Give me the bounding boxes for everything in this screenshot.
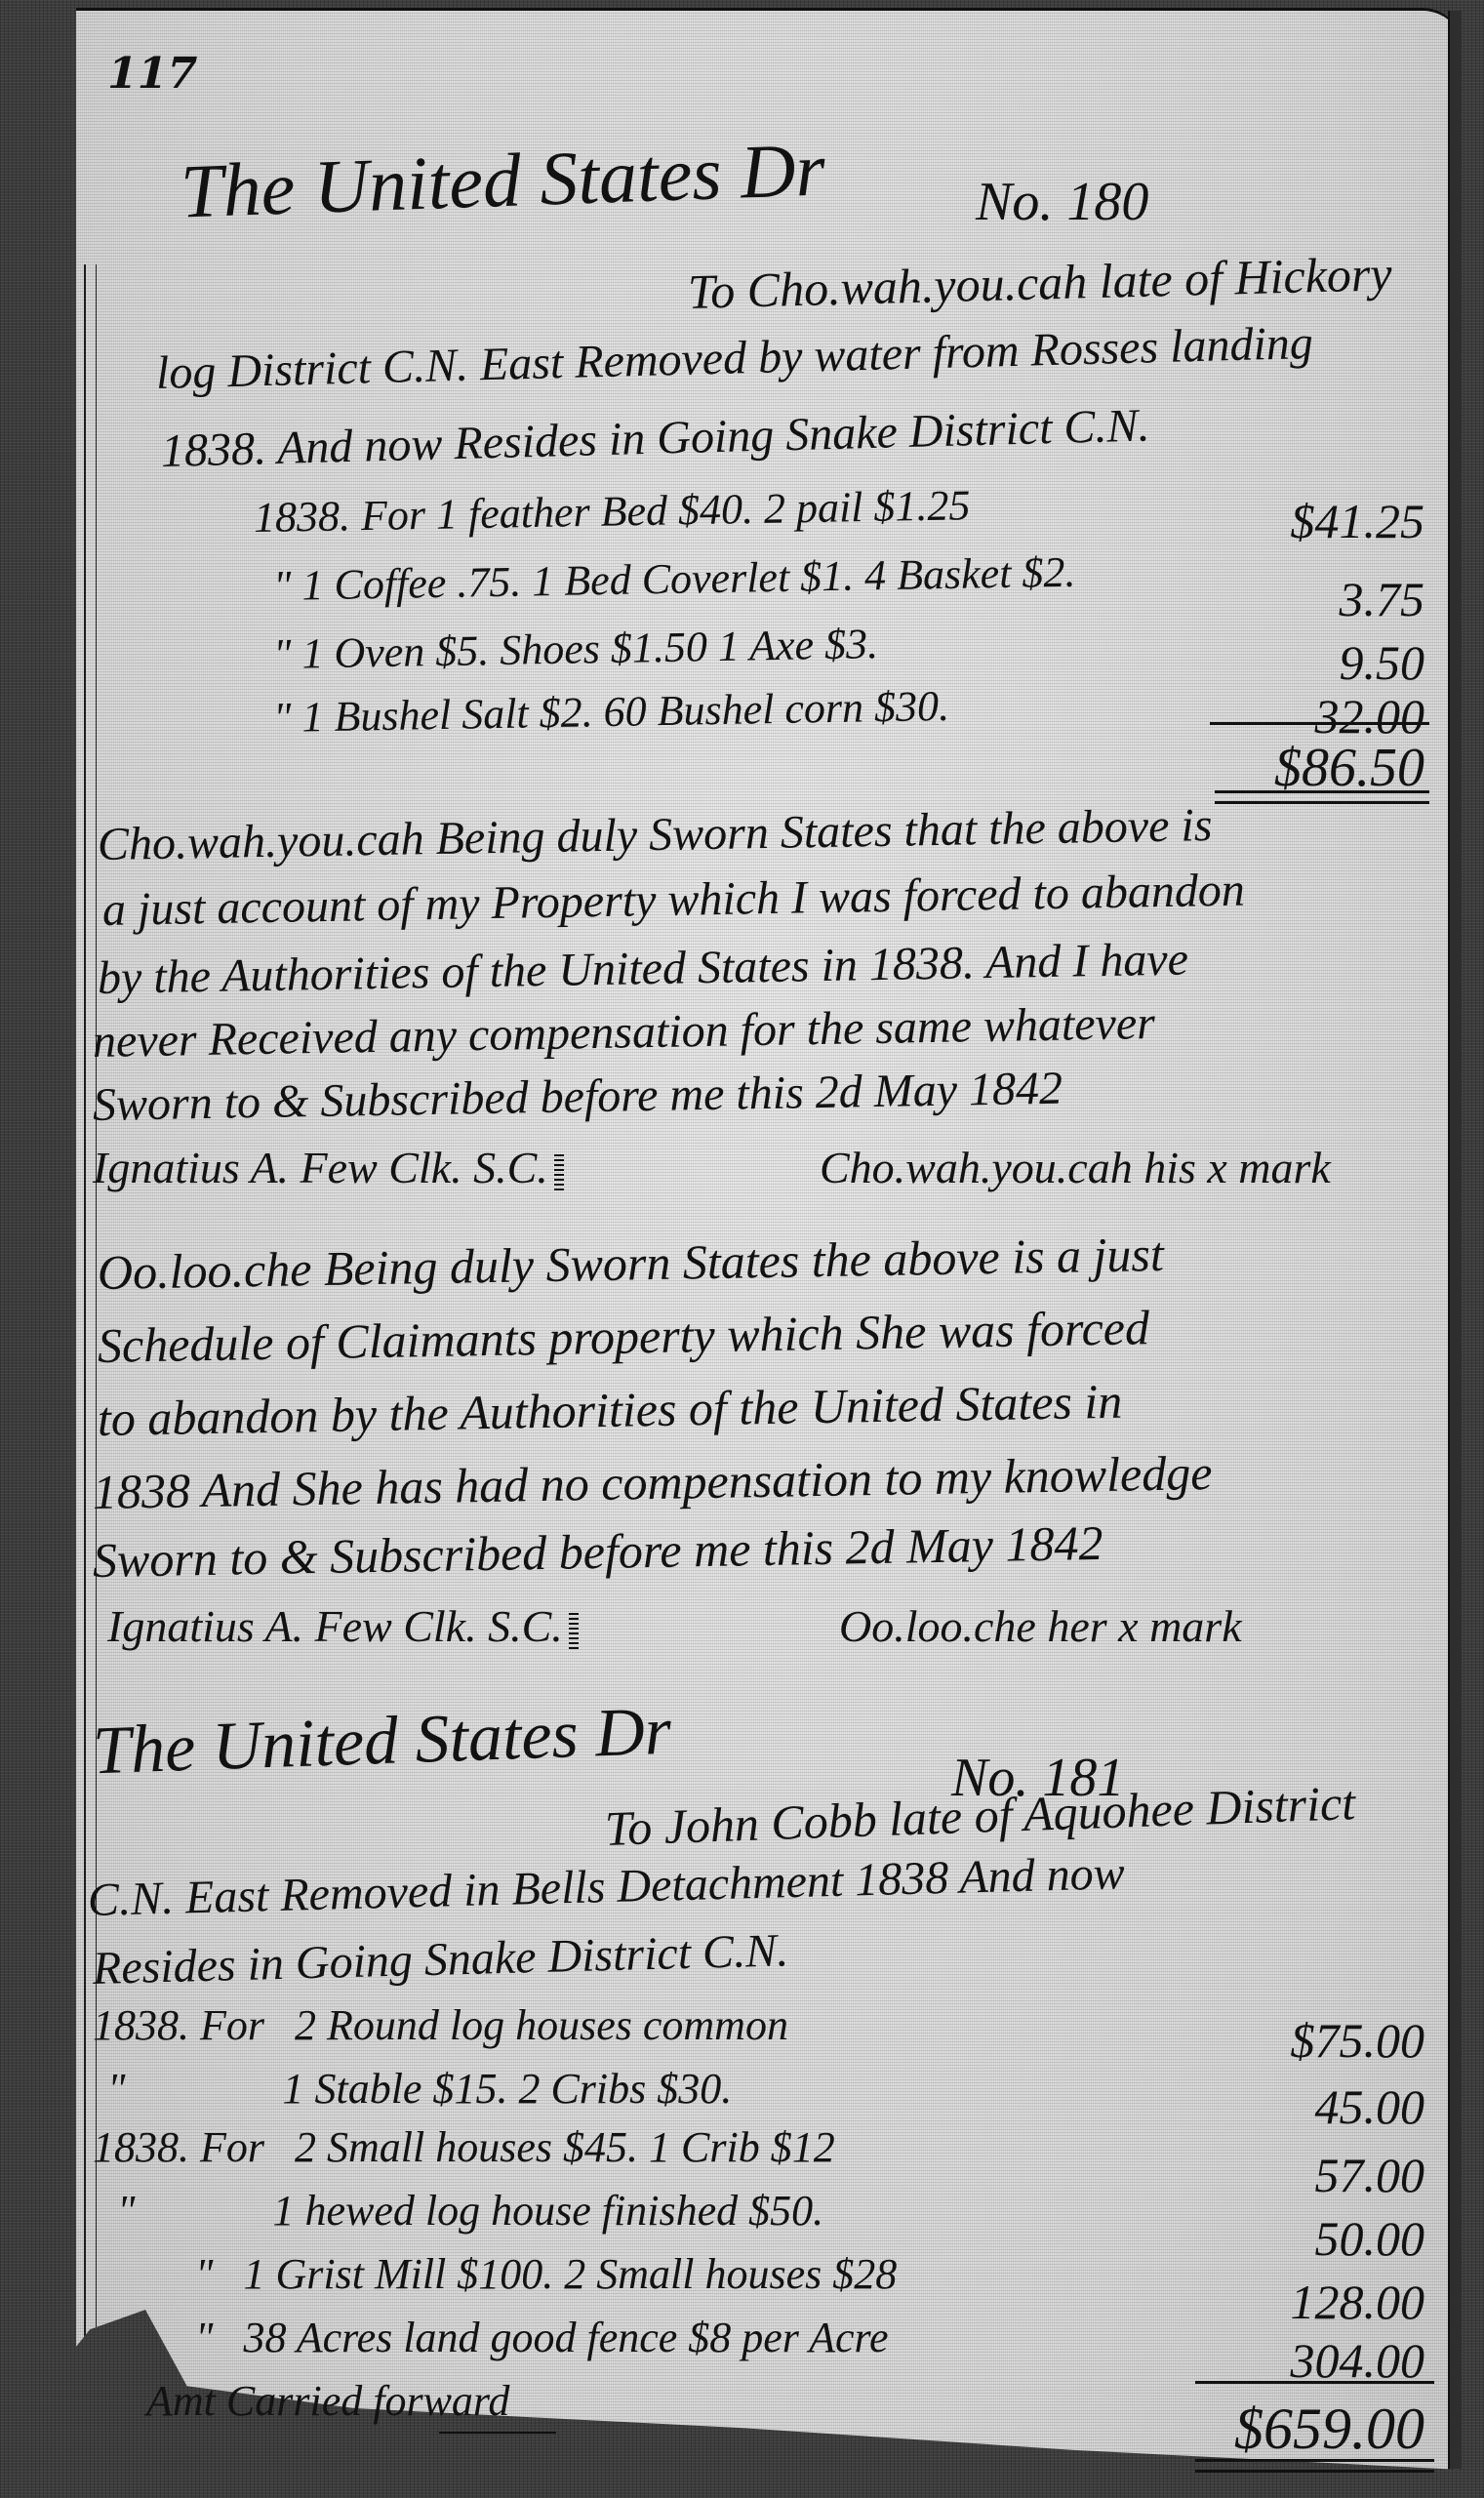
item-prefix: 1838. For [254,491,426,542]
item-amount: 128.00 [1190,2274,1424,2330]
item-line: " 1 Oven $5. Shoes $1.50 1 Axe $3. [273,619,879,679]
item-line: " 1 Grist Mill $100. 2 Small houses $28 [107,2249,897,2299]
item-prefix: 1838. For [93,2001,264,2049]
item-text: 1 Stable $15. 2 Cribs $30. [282,2065,732,2113]
item-line: 1838. For 2 Small houses $45. 1 Crib $12 [93,2122,835,2172]
item-prefix: " [273,630,292,678]
clerk-signature-text: Ignatius A. Few Clk. S.C. [93,1143,548,1192]
item-amount: 45.00 [1190,2078,1424,2135]
sum-rule [1210,722,1429,725]
item-amount: 3.75 [1190,571,1424,627]
item-text: 1 feather Bed $40. 2 pail $1.25 [436,481,971,539]
page-edge [1448,11,1462,2470]
margin-rule [84,264,86,2392]
claim-total: $659.00 [1190,2396,1424,2463]
item-text: 2 Small houses $45. 1 Crib $12 [295,2123,835,2171]
item-text: 1 Oven $5. Shoes $1.50 1 Axe $3. [301,620,878,677]
item-line: " 1 hewed log house finished $50. [117,2186,823,2236]
total-double-rule [1195,2459,1434,2473]
item-prefix: " [273,562,292,610]
item-amount: 57.00 [1190,2147,1424,2203]
seal-mark-icon [554,1153,564,1190]
clerk-signature: Ignatius A. Few Clk. S.C. [107,1600,584,1652]
item-line: " 38 Acres land good fence $8 per Acre [107,2313,889,2362]
item-line: " 1 Stable $15. 2 Cribs $30. [107,2064,732,2114]
item-text: 1 Bushel Salt $2. 60 Bushel corn $30. [301,682,949,742]
item-amount: $41.25 [1190,493,1424,549]
item-amount: 50.00 [1190,2210,1424,2267]
claimant-signature: Cho.wah.you.cah his x mark [820,1142,1331,1193]
carried-forward-label: Amt Carried forward [146,2376,509,2426]
item-prefix: " [195,2314,213,2361]
item-prefix: " [107,2065,125,2113]
clerk-signature-text: Ignatius A. Few Clk. S.C. [107,1601,563,1651]
item-text: 2 Round log houses common [295,2001,788,2049]
page-number: 117 [102,49,203,99]
item-text: 1 hewed log house finished $50. [272,2187,823,2235]
flourish-rule [439,2432,556,2434]
claim-number: No. 180 [976,171,1148,233]
clerk-signature: Ignatius A. Few Clk. S.C. [93,1142,570,1193]
item-prefix: 1838. For [93,2123,264,2171]
item-line: 1838. For 2 Round log houses common [93,2000,788,2050]
item-prefix: " [117,2187,135,2235]
seal-mark-icon [569,1612,579,1649]
item-prefix: " [195,2250,213,2298]
witness-signature: Oo.loo.che her x mark [839,1600,1242,1652]
item-text: 38 Acres land good fence $8 per Acre [243,2314,888,2361]
total-double-rule [1215,790,1429,804]
item-amount: 9.50 [1190,634,1424,691]
item-amount: $75.00 [1190,2012,1424,2069]
item-prefix: " [273,694,292,742]
sum-rule [1195,2381,1434,2384]
item-text: 1 Grist Mill $100. 2 Small houses $28 [243,2250,897,2298]
